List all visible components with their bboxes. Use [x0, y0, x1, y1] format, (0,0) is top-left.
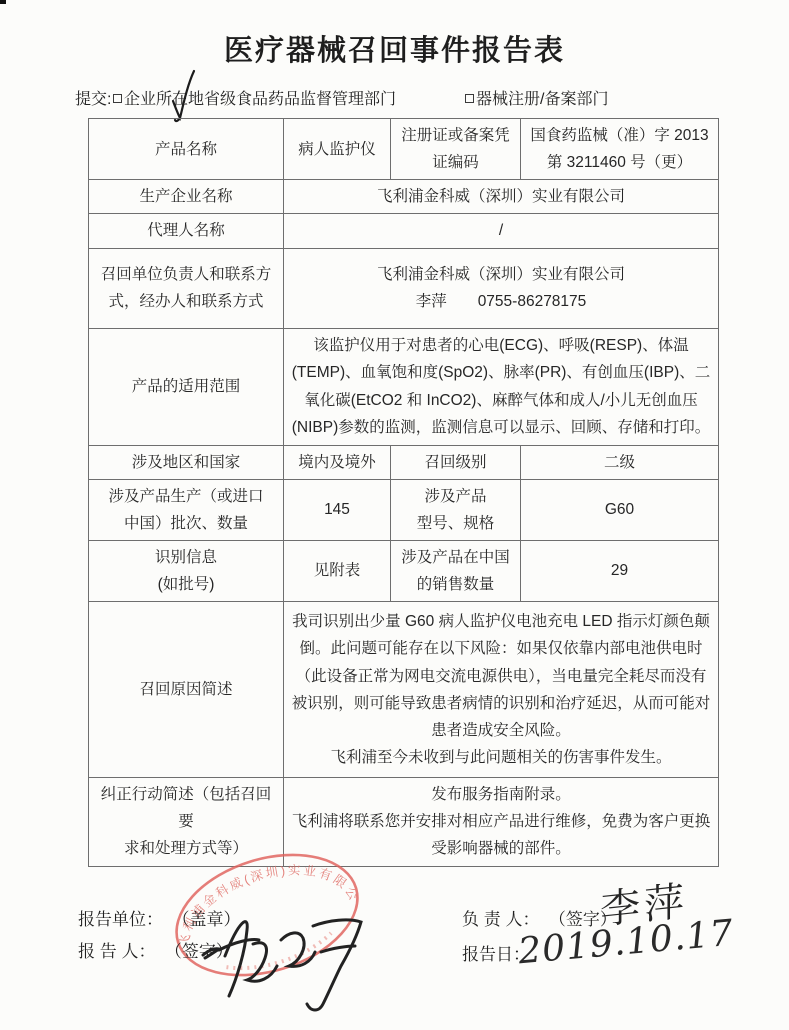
recall-reason-para1: 我司识别出少量 G60 病人监护仪电池充电 LED 指示灯颜色颠倒。此问题可能存…	[290, 608, 712, 744]
recall-contact-company: 飞利浦金科威（深圳）实业有限公司	[290, 261, 712, 288]
regions-label: 涉及地区和国家	[89, 445, 284, 479]
table-row: 识别信息 (如批号) 见附表 涉及产品在中国 的销售数量 29	[89, 540, 719, 601]
china-sales-value: 29	[521, 540, 719, 601]
china-sales-label: 涉及产品在中国 的销售数量	[391, 540, 521, 601]
table-row: 涉及产品生产（或进口 中国）批次、数量 145 涉及产品 型号、规格 G60	[89, 479, 719, 540]
checkbox-provincial	[113, 94, 122, 103]
table-row: 产品的适用范围 该监护仪用于对患者的心电(ECG)、呼吸(RESP)、体温(TE…	[89, 328, 719, 445]
recall-reason-para2: 飞利浦至今未收到与此问题相关的伤害事件发生。	[290, 744, 712, 771]
checkbox-registration	[465, 94, 474, 103]
scanned-report-page: 医疗器械召回事件报告表 提交: 企业所在地省级食品药品监督管理部门 器械注册/备…	[0, 0, 789, 1030]
product-name-value: 病人监护仪	[284, 119, 391, 180]
agent-value: /	[284, 214, 719, 248]
submit-line: 提交: 企业所在地省级食品药品监督管理部门 器械注册/备案部门	[75, 86, 755, 109]
page-title: 医疗器械召回事件报告表	[0, 28, 789, 69]
submit-option-registration-label: 器械注册/备案部门	[476, 91, 608, 108]
intended-use-label: 产品的适用范围	[89, 328, 284, 445]
recall-contact-person-phone: 李萍 0755-86278175	[290, 288, 712, 315]
recall-contact-label: 召回单位负责人和联系方 式，经办人和联系方式	[89, 248, 284, 328]
registration-code-label: 注册证或备案凭 证编码	[391, 119, 521, 180]
batch-quantity-value: 145	[284, 479, 391, 540]
table-row: 代理人名称 /	[89, 214, 719, 248]
agent-label: 代理人名称	[89, 214, 284, 248]
manufacturer-label: 生产企业名称	[89, 180, 284, 214]
recall-level-value: 二级	[521, 445, 719, 479]
batch-quantity-label: 涉及产品生产（或进口 中国）批次、数量	[89, 479, 284, 540]
scan-artifact	[0, 0, 6, 4]
submit-label: 提交:	[75, 86, 111, 109]
table-row: 召回原因简述 我司识别出少量 G60 病人监护仪电池充电 LED 指示灯颜色颠倒…	[89, 602, 719, 778]
model-spec-value: G60	[521, 479, 719, 540]
identification-value: 见附表	[284, 540, 391, 601]
identification-label: 识别信息 (如批号)	[89, 540, 284, 601]
table-row: 召回单位负责人和联系方 式，经办人和联系方式 飞利浦金科威（深圳）实业有限公司 …	[89, 248, 719, 328]
reporter-signature	[195, 900, 370, 1020]
table-row: 生产企业名称 飞利浦金科威（深圳）实业有限公司	[89, 180, 719, 214]
table-row: 涉及地区和国家 境内及境外 召回级别 二级	[89, 445, 719, 479]
submit-option-provincial-label: 企业所在地省级食品药品监督管理部门	[124, 91, 396, 108]
model-spec-label: 涉及产品 型号、规格	[391, 479, 521, 540]
intended-use-value: 该监护仪用于对患者的心电(ECG)、呼吸(RESP)、体温(TEMP)、血氧饱和…	[284, 328, 719, 445]
recall-report-table: 产品名称 病人监护仪 注册证或备案凭 证编码 国食药监械（准）字 2013 第 …	[88, 118, 719, 867]
manufacturer-value: 飞利浦金科威（深圳）实业有限公司	[284, 180, 719, 214]
registration-code-value: 国食药监械（准）字 2013 第 3211460 号（更）	[521, 119, 719, 180]
regions-value: 境内及境外	[284, 445, 391, 479]
recall-reason-value: 我司识别出少量 G60 病人监护仪电池充电 LED 指示灯颜色颠倒。此问题可能存…	[284, 602, 719, 778]
corrective-action-line1: 发布服务指南附录。	[290, 781, 712, 808]
recall-level-label: 召回级别	[391, 445, 521, 479]
submit-option-provincial: 企业所在地省级食品药品监督管理部门	[113, 86, 396, 109]
submit-option-registration: 器械注册/备案部门	[465, 86, 608, 109]
recall-reason-label: 召回原因简述	[89, 602, 284, 778]
table-row: 产品名称 病人监护仪 注册证或备案凭 证编码 国食药监械（准）字 2013 第 …	[89, 119, 719, 180]
product-name-label: 产品名称	[89, 119, 284, 180]
recall-contact-value: 飞利浦金科威（深圳）实业有限公司 李萍 0755-86278175	[284, 248, 719, 328]
